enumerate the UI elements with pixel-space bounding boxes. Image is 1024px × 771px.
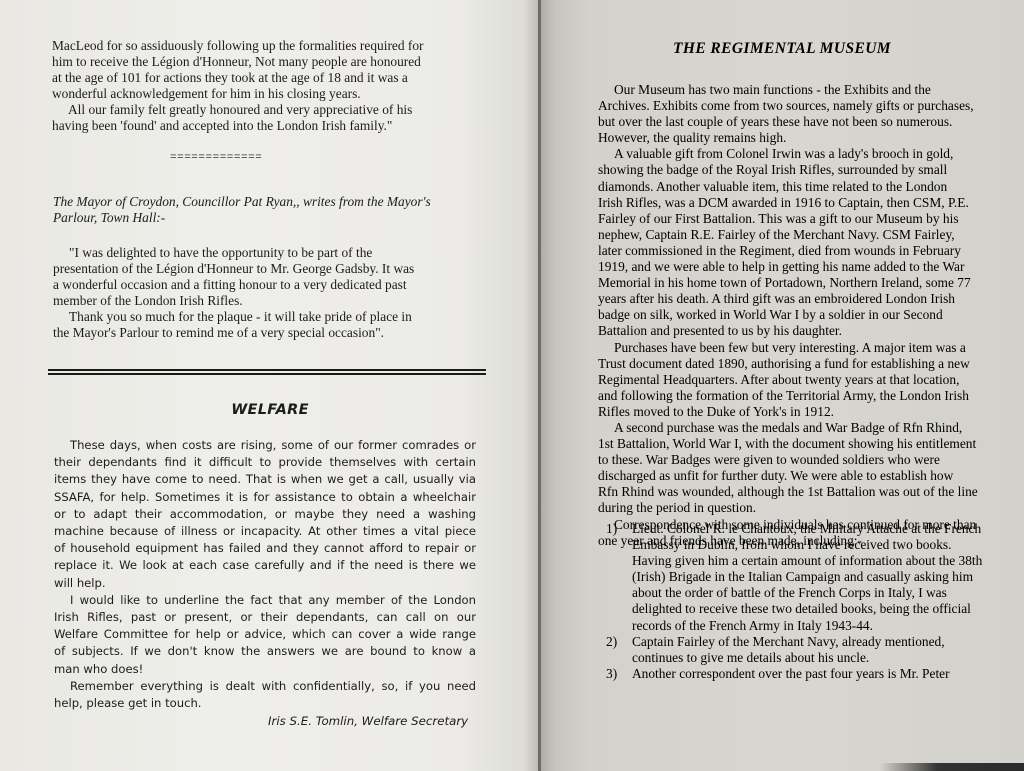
text-line: records of the French Army in Italy 1943… — [632, 618, 1016, 634]
text-line: (Irish) Brigade in the Italian Campaign … — [632, 569, 1016, 585]
text-line: wonderful acknowledgement for him in his… — [52, 86, 472, 102]
text-line: later commissioned in the Regiment, died… — [598, 243, 1018, 259]
text-line: discharged as unfit for further duty. We… — [598, 468, 1018, 484]
text-line: 1st Battalion, World War I, with the doc… — [598, 436, 1018, 452]
text-line: These days, when costs are rising, some … — [54, 437, 476, 454]
list-item: 2) Captain Fairley of the Merchant Navy,… — [606, 634, 1016, 666]
double-rule-divider — [48, 369, 486, 376]
text-line: "I was delighted to have the opportunity… — [53, 245, 493, 261]
rule-thick — [48, 369, 486, 371]
text-line: Embassy in Dublin, from whom I have rece… — [632, 537, 1016, 553]
list-number: 3) — [606, 666, 617, 682]
text-line: years after his death. A third gift was … — [598, 291, 1018, 307]
welfare-signature: Iris S.E. Tomlin, Welfare Secretary — [268, 714, 468, 728]
text-line: Another correspondent over the past four… — [632, 666, 1016, 682]
text-line: items they have come to need. That is wh… — [54, 471, 476, 488]
section-divider: ============= — [170, 152, 262, 164]
text-line: badge on silk, worked in World War I by … — [598, 307, 1018, 323]
museum-body: Our Museum has two main functions - the … — [598, 82, 1018, 549]
text-line: Captain Fairley of the Merchant Navy, al… — [632, 634, 1016, 650]
text-line: Irish Rifles, past or present, or their … — [54, 609, 476, 626]
text-line: delighted to receive these two detailed … — [632, 601, 1016, 617]
text-line: A valuable gift from Colonel Irwin was a… — [598, 146, 1018, 162]
text-line: a wonderful occasion and a fitting honou… — [53, 277, 493, 293]
correspondents-list: 1) Lieut. Colonel R. le Chantoux, the Mi… — [606, 521, 1016, 682]
text-line: and following the formation of the Terri… — [598, 388, 1018, 404]
text-line: showing the badge of the Royal Irish Rif… — [598, 162, 1018, 178]
text-line: or to adapt their accommodation, or mayb… — [54, 506, 476, 523]
text-line: Fairley of our First Battalion. This was… — [598, 211, 1018, 227]
text-line: of subjects. If we don't know the answer… — [54, 643, 476, 660]
text-line: during the period in question. — [598, 500, 1018, 516]
text-line: I would like to underline the fact that … — [54, 592, 476, 609]
rule-thin — [48, 373, 486, 375]
text-line: Trust document dated 1890, authorising a… — [598, 356, 1018, 372]
text-line: Our Museum has two main functions - the … — [598, 82, 1018, 98]
text-line: will help. — [54, 575, 476, 592]
text-line: but over the last couple of years these … — [598, 114, 1018, 130]
text-line: to these. War Badges were given to wound… — [598, 452, 1018, 468]
text-line: Lieut. Colonel R. le Chantoux, the Milit… — [632, 521, 1016, 537]
text-line: 1919, and we were able to help in gettin… — [598, 259, 1018, 275]
welfare-body: These days, when costs are rising, some … — [54, 437, 476, 712]
text-line: Memorial in his home town of Portadown, … — [598, 275, 1018, 291]
text-line: Welfare Committee for help or advice, wh… — [54, 626, 476, 643]
text-line: presentation of the Légion d'Honneur to … — [53, 261, 493, 277]
welfare-heading: WELFARE — [0, 402, 540, 418]
text-line: Rifles moved to the Duke of York's in 19… — [598, 404, 1018, 420]
booklet-spread: MacLeod for so assiduously following up … — [0, 0, 1024, 771]
text-line: Regimental Headquarters. After about twe… — [598, 372, 1018, 388]
list-item: 1) Lieut. Colonel R. le Chantoux, the Mi… — [606, 521, 1016, 634]
text-line: diamonds. Another valuable item, this ti… — [598, 179, 1018, 195]
left-page: MacLeod for so assiduously following up … — [0, 0, 540, 771]
text-line: of household equipment has failed and th… — [54, 540, 476, 557]
mayor-quote: "I was delighted to have the opportunity… — [53, 245, 493, 342]
text-line: However, the quality remains high. — [598, 130, 1018, 146]
text-line: help, please get in touch. — [54, 695, 476, 712]
list-item: 3) Another correspondent over the past f… — [606, 666, 1016, 682]
book-spine-gutter — [538, 0, 541, 771]
text-line: man who does! — [54, 661, 476, 678]
text-line: Remember everything is dealt with confid… — [54, 678, 476, 695]
list-number: 1) — [606, 521, 617, 537]
text-line: Thank you so much for the plaque - it wi… — [53, 309, 493, 325]
mayor-intro: The Mayor of Croydon, Councillor Pat Rya… — [53, 194, 493, 226]
text-line: Purchases have been few but very interes… — [598, 340, 1018, 356]
text-line: replace it. We look at each case careful… — [54, 557, 476, 574]
text-line: their dependants find it difficult to pr… — [54, 454, 476, 471]
text-line: Battalion and presented to us by his dau… — [598, 323, 1018, 339]
text-line: continues to give me details about his u… — [632, 650, 1016, 666]
table-edge-shadow — [880, 763, 1024, 771]
text-line: Rfn Rhind was wounded, although the 1st … — [598, 484, 1018, 500]
text-line: member of the London Irish Rifles. — [53, 293, 493, 309]
text-line: having been 'found' and accepted into th… — [52, 118, 472, 134]
text-line: the Mayor's Parlour to remind me of a ve… — [53, 325, 493, 341]
text-line: him to receive the Légion d'Honneur, Not… — [52, 54, 472, 70]
text-line: about the order of battle of the French … — [632, 585, 1016, 601]
museum-heading: THE REGIMENTAL MUSEUM — [540, 40, 1024, 58]
text-line: All our family felt greatly honoured and… — [52, 102, 472, 118]
text-line: MacLeod for so assiduously following up … — [52, 38, 472, 54]
text-line: Parlour, Town Hall:- — [53, 210, 493, 226]
list-number: 2) — [606, 634, 617, 650]
text-line: Irish Rifles, was a DCM awarded in 1916 … — [598, 195, 1018, 211]
text-line: machine because of illness or incapacity… — [54, 523, 476, 540]
text-line: at the age of 101 for actions they took … — [52, 70, 472, 86]
text-line: The Mayor of Croydon, Councillor Pat Rya… — [53, 194, 493, 210]
text-line: nephew, Captain R.E. Fairley of the Merc… — [598, 227, 1018, 243]
gadsby-letter-ending: MacLeod for so assiduously following up … — [52, 38, 472, 135]
text-line: SSAFA, for help. Sometimes it is for ass… — [54, 489, 476, 506]
text-line: A second purchase was the medals and War… — [598, 420, 1018, 436]
text-line: Having given him a certain amount of inf… — [632, 553, 1016, 569]
text-line: Archives. Exhibits come from two sources… — [598, 98, 1018, 114]
